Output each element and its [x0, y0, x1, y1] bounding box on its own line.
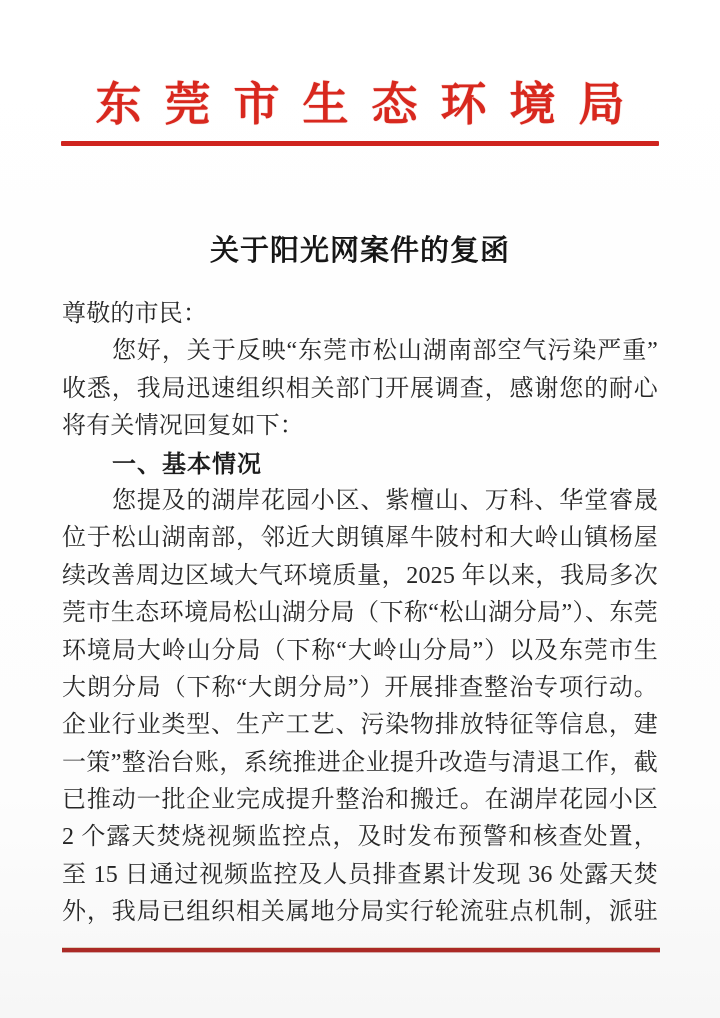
section-heading: 一、基本情况	[62, 446, 658, 483]
body-line: 至 15 日通过视频监控及人员排查累计发现 36 处露天焚烧点。另	[62, 857, 658, 894]
letterhead-divider	[61, 141, 659, 146]
body-line: 将有关情况回复如下：	[62, 408, 658, 445]
letterhead: 东莞市生态环境局	[0, 0, 720, 146]
body-line: 已推动一批企业完成提升整治和搬迁。在湖岸花园小区周边安装	[62, 782, 658, 819]
body-line: 位于松山湖南部，邻近大朗镇犀牛陂村和大岭山镇杨屋村。为持	[62, 520, 658, 557]
document-page: 东莞市生态环境局 关于阳光网案件的复函 尊敬的市民：您好，关于反映“东莞市松山湖…	[0, 0, 720, 1018]
body-line: 莞市生态环境局松山湖分局（下称“松山湖分局”）、东莞市生态	[62, 595, 658, 632]
body-line: 尊敬的市民：	[62, 296, 658, 333]
body-line: 2 个露天焚烧视频监控点，及时发布预警和核查处置，12 月 5 日	[62, 819, 658, 856]
body-line: 企业行业类型、生产工艺、污染物排放特征等信息，建立“一企	[62, 707, 658, 744]
body-line: 您好，关于反映“东莞市松山湖南部空气污染严重”等问题	[62, 333, 658, 370]
document-title: 关于阳光网案件的复函	[0, 231, 720, 271]
body-line: 收悉，我局迅速组织相关部门开展调查，感谢您的耐心等待，现	[62, 371, 658, 408]
body-line: 环境局大岭山分局（下称“大岭山分局”）以及东莞市生态环境局	[62, 633, 658, 670]
footer-divider	[62, 948, 660, 952]
body-line: 续改善周边区域大气环境质量，2025 年以来，我局多次组织东	[62, 558, 658, 595]
body-lines: 尊敬的市民：您好，关于反映“东莞市松山湖南部空气污染严重”等问题收悉，我局迅速组…	[62, 296, 658, 932]
body-line: 您提及的湖岸花园小区、紫檀山、万科、华堂睿晟松湖云溪	[62, 483, 658, 520]
letterhead-org-name: 东莞市生态环境局	[73, 78, 648, 132]
body-line: 外，我局已组织相关属地分局实行轮流驻点机制，派驻人员常驻	[62, 894, 658, 931]
body-line: 一策”整治台账，系统推进企业提升改造与清退工作，截至目前	[62, 745, 658, 782]
body-line: 大朗分局（下称“大朗分局”）开展排查整治专项行动。通过梳理	[62, 670, 658, 707]
